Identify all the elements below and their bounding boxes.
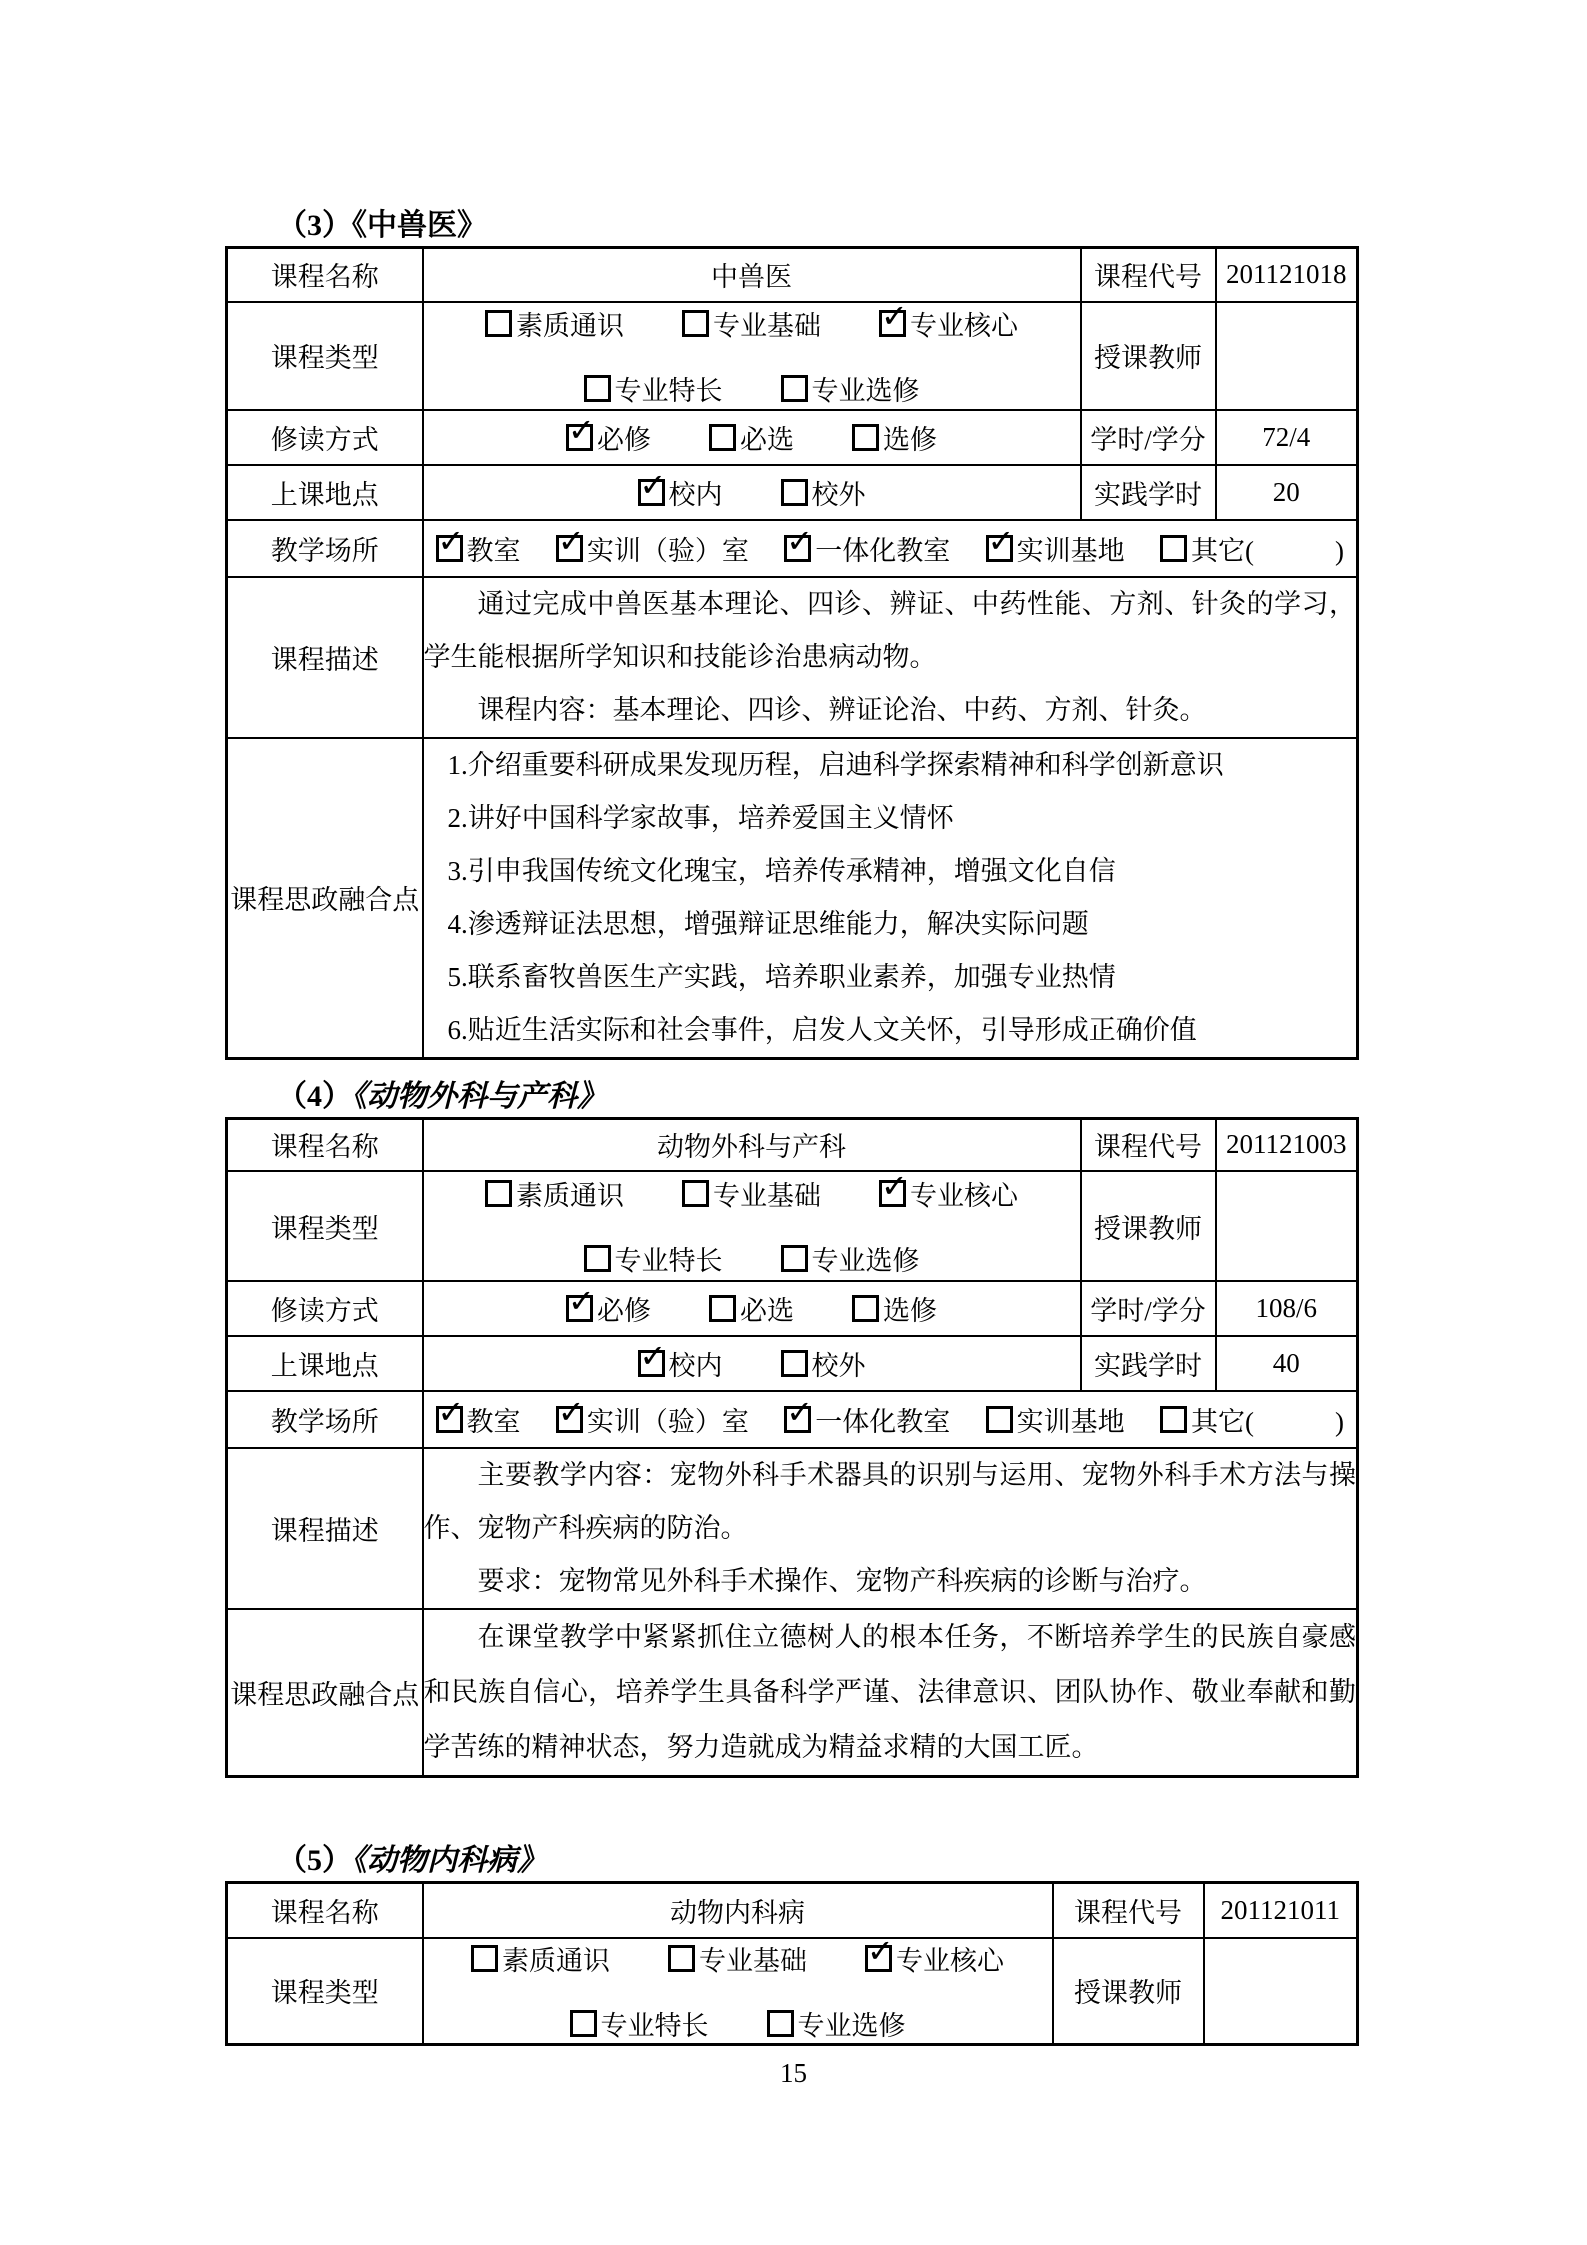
checkbox-option: 专业基础 xyxy=(668,1939,807,1978)
checkbox-option: 专业核心 xyxy=(879,304,1018,343)
ideology-text: 在课堂教学中紧紧抓住立德树人的根本任务，不断培养学生的民族自豪感和民族自信心，培… xyxy=(423,1609,1358,1777)
course-type-options: 素质通识 专业基础 专业核心 专业特长 专业选修 xyxy=(423,1938,1053,2045)
checkbox-option: 校内 xyxy=(638,473,723,512)
checkbox-icon xyxy=(986,535,1013,562)
checkbox-icon xyxy=(682,1180,709,1207)
option-label: 其它( ) xyxy=(1191,1400,1344,1439)
study-mode-label: 修读方式 xyxy=(227,1281,423,1336)
table-row: 修读方式 必修 必选 选修 学时/学分 108/6 xyxy=(227,1281,1358,1336)
ideology-item: 4.渗透辩证法思想，增强辩证思维能力，解决实际问题 xyxy=(448,898,1357,951)
option-label: 实训基地 xyxy=(1017,529,1125,568)
checkbox-icon xyxy=(865,1945,892,1972)
checkbox-option: 素质通识 xyxy=(471,1939,610,1978)
description-label: 课程描述 xyxy=(227,1448,423,1609)
table-row: 教学场所 教室 实训（验）室 一体化教室 实训基地 其它( ) xyxy=(227,520,1358,577)
checkbox-icon xyxy=(668,1945,695,1972)
option-label: 校内 xyxy=(669,473,723,512)
course-table-zhongshouyi: 课程名称 中兽医 课程代号 201121018 课程类型 素质通识 专业基础 专… xyxy=(225,246,1359,1060)
checkbox-option: 校外 xyxy=(781,1344,866,1383)
checkbox-option: 专业基础 xyxy=(682,304,821,343)
checkbox-icon xyxy=(556,535,583,562)
checkbox-option: 校内 xyxy=(638,1344,723,1383)
checkbox-option: 素质通识 xyxy=(485,304,624,343)
checkbox-icon xyxy=(879,310,906,337)
option-label: 实训（验）室 xyxy=(587,1400,749,1439)
checkbox-icon xyxy=(682,310,709,337)
option-label: 必修 xyxy=(597,418,651,457)
option-label: 专业特长 xyxy=(615,369,723,408)
checkbox-icon xyxy=(709,1295,736,1322)
section-heading-3: （3）《中兽医》 xyxy=(225,205,1356,246)
checkbox-option: 校外 xyxy=(781,473,866,512)
checkbox-icon xyxy=(584,1245,611,1272)
class-location-label: 上课地点 xyxy=(227,1336,423,1391)
description-paragraph: 课程内容：基本理论、四诊、辨证论治、中药、方剂、针灸。 xyxy=(424,684,1357,737)
teacher-label: 授课教师 xyxy=(1081,1171,1216,1281)
checkbox-option: 专业选修 xyxy=(781,1239,920,1278)
ideology-text: 1.介绍重要科研成果发现历程，启迪科学探索精神和科学创新意识 2.讲好中国科学家… xyxy=(423,738,1358,1059)
checkbox-option: 必选 xyxy=(709,1289,794,1328)
table-row: 上课地点 校内 校外 实践学时 40 xyxy=(227,1336,1358,1391)
option-label: 专业基础 xyxy=(713,304,821,343)
checkbox-icon xyxy=(1160,1406,1187,1433)
practice-hours-label: 实践学时 xyxy=(1081,465,1216,520)
teacher-value xyxy=(1204,1938,1358,2045)
checkbox-icon xyxy=(485,310,512,337)
checkbox-option: 专业特长 xyxy=(570,2004,709,2043)
checkbox-option: 一体化教室 xyxy=(784,1400,950,1439)
ideology-item: 6.贴近生活实际和社会事件，启发人文关怀，引导形成正确价值 xyxy=(448,1004,1357,1057)
checkbox-option: 必选 xyxy=(709,418,794,457)
checkbox-icon xyxy=(638,1350,665,1377)
checkbox-icon xyxy=(852,424,879,451)
document-content: （3）《中兽医》 课程名称 中兽医 课程代号 201121018 课程类型 素质… xyxy=(225,0,1356,2046)
table-row: 课程思政融合点 1.介绍重要科研成果发现历程，启迪科学探索精神和科学创新意识 2… xyxy=(227,738,1358,1059)
option-label: 专业基础 xyxy=(713,1174,821,1213)
page-number: 15 xyxy=(0,2058,1587,2089)
checkbox-icon xyxy=(485,1180,512,1207)
course-type-options: 素质通识 专业基础 专业核心 专业特长 专业选修 xyxy=(423,1171,1081,1281)
checkbox-option: 素质通识 xyxy=(485,1174,624,1213)
course-table-dongwuwaike: 课程名称 动物外科与产科 课程代号 201121003 课程类型 素质通识 专业… xyxy=(225,1117,1359,1779)
course-type-label: 课程类型 xyxy=(227,302,423,410)
teaching-place-label: 教学场所 xyxy=(227,520,423,577)
course-code-label: 课程代号 xyxy=(1081,248,1216,302)
teaching-place-options: 教室 实训（验）室 一体化教室 实训基地 其它( ) xyxy=(423,1391,1358,1448)
checkbox-option: 实训（验）室 xyxy=(556,1400,749,1439)
table-row: 上课地点 校内 校外 实践学时 20 xyxy=(227,465,1358,520)
section-number: （5） xyxy=(277,1844,352,1877)
checkbox-icon xyxy=(879,1180,906,1207)
study-mode-label: 修读方式 xyxy=(227,410,423,465)
option-label: 教室 xyxy=(467,529,521,568)
option-label: 必选 xyxy=(740,418,794,457)
table-row: 教学场所 教室 实训（验）室 一体化教室 实训基地 其它( ) xyxy=(227,1391,1358,1448)
checkbox-option: 必修 xyxy=(566,1289,651,1328)
table-row: 课程描述 通过完成中兽医基本理论、四诊、辨证、中药性能、方剂、针灸的学习，学生能… xyxy=(227,577,1358,738)
option-label: 专业选修 xyxy=(812,369,920,408)
course-code-label: 课程代号 xyxy=(1053,1883,1204,1938)
course-name-label: 课程名称 xyxy=(227,1118,423,1171)
checkbox-option: 专业特长 xyxy=(584,369,723,408)
table-row: 课程名称 动物内科病 课程代号 201121011 xyxy=(227,1883,1358,1938)
checkbox-option: 专业选修 xyxy=(767,2004,906,2043)
class-location-label: 上课地点 xyxy=(227,465,423,520)
ideology-paragraph: 在课堂教学中紧紧抓住立德树人的根本任务，不断培养学生的民族自豪感和民族自信心，培… xyxy=(424,1610,1357,1775)
checkbox-icon xyxy=(570,2010,597,2037)
checkbox-icon xyxy=(781,479,808,506)
course-code-value: 201121003 xyxy=(1216,1118,1358,1171)
option-label: 素质通识 xyxy=(516,304,624,343)
checkbox-icon xyxy=(584,375,611,402)
study-mode-options: 必修 必选 选修 xyxy=(423,410,1081,465)
checkbox-icon xyxy=(767,2010,794,2037)
checkbox-option: 选修 xyxy=(852,1289,937,1328)
teacher-label: 授课教师 xyxy=(1053,1938,1204,2045)
option-label: 专业特长 xyxy=(601,2004,709,2043)
option-label: 校外 xyxy=(812,1344,866,1383)
table-row: 课程类型 素质通识 专业基础 专业核心 专业特长 专业选修 xyxy=(227,302,1358,410)
ideology-item: 1.介绍重要科研成果发现历程，启迪科学探索精神和科学创新意识 xyxy=(448,739,1357,792)
checkbox-icon xyxy=(784,1406,811,1433)
checkbox-icon xyxy=(781,375,808,402)
description-paragraph: 要求：宠物常见外科手术操作、宠物产科疾病的诊断与治疗。 xyxy=(424,1555,1357,1608)
checkbox-option: 其它( ) xyxy=(1160,529,1344,568)
checkbox-option: 实训基地 xyxy=(986,529,1125,568)
section-number: （3） xyxy=(277,209,352,242)
hours-credits-value: 108/6 xyxy=(1216,1281,1358,1336)
class-location-options: 校内 校外 xyxy=(423,1336,1081,1391)
practice-hours-label: 实践学时 xyxy=(1081,1336,1216,1391)
option-label: 必修 xyxy=(597,1289,651,1328)
section-title: 《动物内科病》 xyxy=(352,1844,547,1877)
course-name-label: 课程名称 xyxy=(227,1883,423,1938)
checkbox-icon xyxy=(781,1350,808,1377)
option-label: 素质通识 xyxy=(516,1174,624,1213)
table-row: 课程描述 主要教学内容：宠物外科手术器具的识别与运用、宠物外科手术方法与操作、宠… xyxy=(227,1448,1358,1609)
checkbox-option: 选修 xyxy=(852,418,937,457)
course-type-label: 课程类型 xyxy=(227,1171,423,1281)
document-page: （3）《中兽医》 课程名称 中兽医 课程代号 201121018 课程类型 素质… xyxy=(0,0,1587,2245)
course-name-value: 动物内科病 xyxy=(423,1883,1053,1938)
checkbox-option: 专业选修 xyxy=(781,369,920,408)
option-label: 素质通识 xyxy=(502,1939,610,1978)
checkbox-option: 实训（验）室 xyxy=(556,529,749,568)
table-row: 课程思政融合点 在课堂教学中紧紧抓住立德树人的根本任务，不断培养学生的民族自豪感… xyxy=(227,1609,1358,1777)
checkbox-icon xyxy=(852,1295,879,1322)
course-table-dongwuneikebing: 课程名称 动物内科病 课程代号 201121011 课程类型 素质通识 专业基础… xyxy=(225,1881,1359,2046)
checkbox-option: 专业核心 xyxy=(879,1174,1018,1213)
section-heading-5: （5）《动物内科病》 xyxy=(225,1840,1356,1881)
checkbox-option: 实训基地 xyxy=(986,1400,1125,1439)
checkbox-icon xyxy=(986,1406,1013,1433)
ideology-item: 3.引申我国传统文化瑰宝，培养传承精神，增强文化自信 xyxy=(448,845,1357,898)
description-text: 主要教学内容：宠物外科手术器具的识别与运用、宠物外科手术方法与操作、宠物产科疾病… xyxy=(423,1448,1358,1609)
option-label: 专业特长 xyxy=(615,1239,723,1278)
ideology-item: 5.联系畜牧兽医生产实践，培养职业素养，加强专业热情 xyxy=(448,951,1357,1004)
description-text: 通过完成中兽医基本理论、四诊、辨证、中药性能、方剂、针灸的学习，学生能根据所学知… xyxy=(423,577,1358,738)
course-code-value: 201121018 xyxy=(1216,248,1358,302)
section-title: 《中兽医》 xyxy=(352,209,487,242)
ideology-item: 2.讲好中国科学家故事，培养爱国主义情怀 xyxy=(448,792,1357,845)
teacher-value xyxy=(1216,1171,1358,1281)
option-label: 实训（验）室 xyxy=(587,529,749,568)
option-label: 专业核心 xyxy=(896,1939,1004,1978)
checkbox-icon xyxy=(436,1406,463,1433)
hours-credits-label: 学时/学分 xyxy=(1081,1281,1216,1336)
course-type-label: 课程类型 xyxy=(227,1938,423,2045)
table-row: 课程名称 动物外科与产科 课程代号 201121003 xyxy=(227,1118,1358,1171)
table-row: 修读方式 必修 必选 选修 学时/学分 72/4 xyxy=(227,410,1358,465)
checkbox-option: 一体化教室 xyxy=(784,529,950,568)
practice-hours-value: 40 xyxy=(1216,1336,1358,1391)
checkbox-option: 其它( ) xyxy=(1160,1400,1344,1439)
practice-hours-value: 20 xyxy=(1216,465,1358,520)
option-label: 必选 xyxy=(740,1289,794,1328)
teacher-label: 授课教师 xyxy=(1081,302,1216,410)
table-row: 课程名称 中兽医 课程代号 201121018 xyxy=(227,248,1358,302)
course-name-value: 中兽医 xyxy=(423,248,1081,302)
description-paragraph: 主要教学内容：宠物外科手术器具的识别与运用、宠物外科手术方法与操作、宠物产科疾病… xyxy=(424,1449,1357,1555)
checkbox-option: 教室 xyxy=(436,529,521,568)
option-label: 专业核心 xyxy=(910,304,1018,343)
section-number: （4） xyxy=(277,1080,352,1113)
section-title: 《动物外科与产科》 xyxy=(352,1080,607,1113)
ideology-label: 课程思政融合点 xyxy=(227,738,423,1059)
checkbox-option: 专业核心 xyxy=(865,1939,1004,1978)
teaching-place-options: 教室 实训（验）室 一体化教室 实训基地 其它( ) xyxy=(423,520,1358,577)
checkbox-option: 必修 xyxy=(566,418,651,457)
description-paragraph: 通过完成中兽医基本理论、四诊、辨证、中药性能、方剂、针灸的学习，学生能根据所学知… xyxy=(424,578,1357,684)
option-label: 专业基础 xyxy=(699,1939,807,1978)
section-heading-4: （4）《动物外科与产科》 xyxy=(225,1076,1356,1117)
checkbox-icon xyxy=(1160,535,1187,562)
option-label: 教室 xyxy=(467,1400,521,1439)
checkbox-icon xyxy=(784,535,811,562)
checkbox-icon xyxy=(436,535,463,562)
checkbox-icon xyxy=(566,1295,593,1322)
checkbox-option: 教室 xyxy=(436,1400,521,1439)
course-name-label: 课程名称 xyxy=(227,248,423,302)
checkbox-icon xyxy=(556,1406,583,1433)
option-label: 一体化教室 xyxy=(815,529,950,568)
checkbox-icon xyxy=(566,424,593,451)
course-type-options: 素质通识 专业基础 专业核心 专业特长 专业选修 xyxy=(423,302,1081,410)
checkbox-icon xyxy=(709,424,736,451)
option-label: 实训基地 xyxy=(1017,1400,1125,1439)
option-label: 校外 xyxy=(812,473,866,512)
option-label: 专业核心 xyxy=(910,1174,1018,1213)
course-code-value: 201121011 xyxy=(1204,1883,1358,1938)
teacher-value xyxy=(1216,302,1358,410)
option-label: 其它( ) xyxy=(1191,529,1344,568)
checkbox-icon xyxy=(638,479,665,506)
option-label: 选修 xyxy=(883,418,937,457)
option-label: 专业选修 xyxy=(798,2004,906,2043)
ideology-label: 课程思政融合点 xyxy=(227,1609,423,1777)
teaching-place-label: 教学场所 xyxy=(227,1391,423,1448)
checkbox-icon xyxy=(781,1245,808,1272)
checkbox-option: 专业特长 xyxy=(584,1239,723,1278)
class-location-options: 校内 校外 xyxy=(423,465,1081,520)
hours-credits-label: 学时/学分 xyxy=(1081,410,1216,465)
study-mode-options: 必修 必选 选修 xyxy=(423,1281,1081,1336)
checkbox-option: 专业基础 xyxy=(682,1174,821,1213)
table-row: 课程类型 素质通识 专业基础 专业核心 专业特长 专业选修 xyxy=(227,1938,1358,2045)
option-label: 选修 xyxy=(883,1289,937,1328)
course-name-value: 动物外科与产科 xyxy=(423,1118,1081,1171)
option-label: 校内 xyxy=(669,1344,723,1383)
course-code-label: 课程代号 xyxy=(1081,1118,1216,1171)
checkbox-icon xyxy=(471,1945,498,1972)
description-label: 课程描述 xyxy=(227,577,423,738)
option-label: 一体化教室 xyxy=(815,1400,950,1439)
table-row: 课程类型 素质通识 专业基础 专业核心 专业特长 专业选修 xyxy=(227,1171,1358,1281)
hours-credits-value: 72/4 xyxy=(1216,410,1358,465)
option-label: 专业选修 xyxy=(812,1239,920,1278)
